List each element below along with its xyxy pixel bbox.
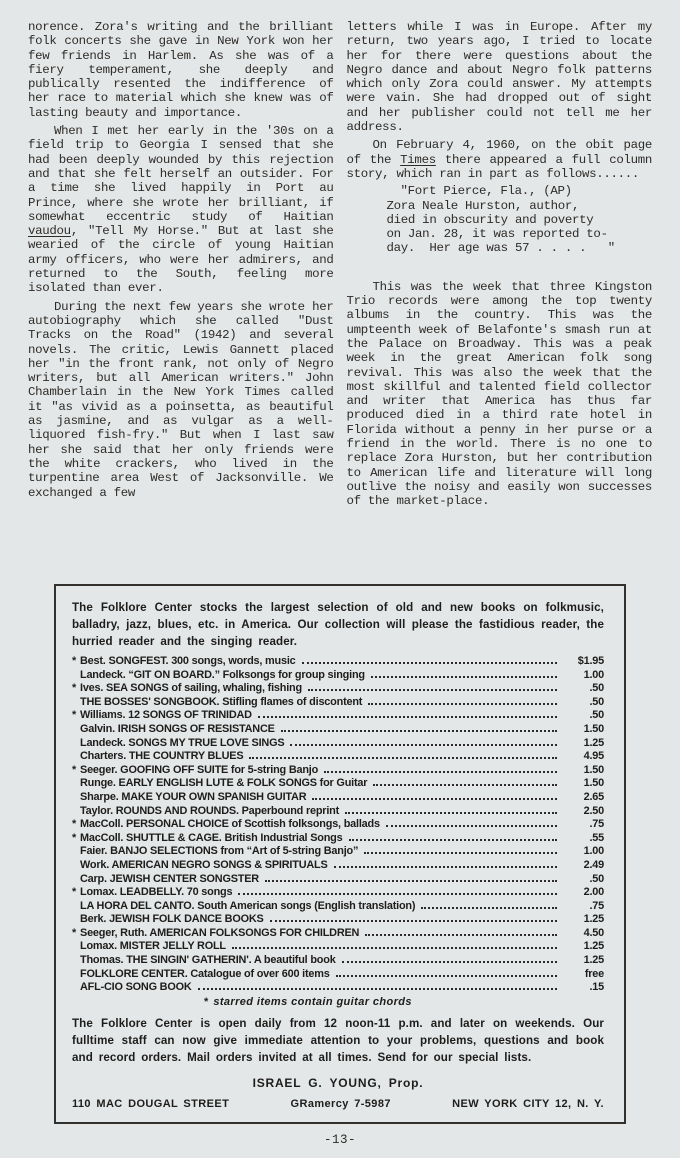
item-title: MacColl. PERSONAL CHOICE of Scottish fol…: [80, 818, 380, 832]
dot-leader: [349, 839, 558, 841]
item-price: 1.50: [562, 764, 604, 778]
note-star: *: [204, 996, 208, 1008]
dot-leader: [312, 798, 557, 800]
dot-leader: [345, 812, 557, 814]
item-title: Landeck. SONGS MY TRUE LOVE SINGS: [80, 737, 284, 751]
item-title: Ives. SEA SONGS of sailing, whaling, fis…: [80, 682, 302, 696]
address-row: 110 MAC DOUGAL STREET GRamercy 7-5987 NE…: [72, 1098, 604, 1110]
ad-intro-paragraph: The Folklore Center stocks the largest s…: [72, 599, 604, 650]
item-price: .55: [562, 832, 604, 846]
article-paragraph: On February 4, 1960, on the obit page of…: [347, 138, 653, 181]
catalog-item-row: AFL-CIO SONG BOOK .15: [72, 981, 604, 995]
item-title: LA HORA DEL CANTO. South American songs …: [80, 900, 415, 914]
item-title: Best. SONGFEST. 300 songs, words, music: [80, 655, 296, 669]
item-price: .75: [562, 818, 604, 832]
dot-leader: [270, 920, 557, 922]
item-title: Sharpe. MAKE YOUR OWN SPANISH GUITAR: [80, 791, 306, 805]
catalog-item-row: Charters. THE COUNTRY BLUES 4.95: [72, 750, 604, 764]
item-price: free: [562, 968, 604, 982]
catalog-item-row: * Lomax. LEADBELLY. 70 songs 2.00: [72, 886, 604, 900]
item-title: Taylor. ROUNDS AND ROUNDS. Paperbound re…: [80, 805, 339, 819]
catalog-item-row: Taylor. ROUNDS AND ROUNDS. Paperbound re…: [72, 805, 604, 819]
dot-leader: [334, 866, 557, 868]
dot-leader: [336, 975, 557, 977]
item-title: Work. AMERICAN NEGRO SONGS & SPIRITUALS: [80, 859, 328, 873]
item-price: 1.25: [562, 940, 604, 954]
folklore-center-ad: The Folklore Center stocks the largest s…: [54, 584, 626, 1124]
dot-leader: [364, 852, 557, 854]
catalog-item-row: LA HORA DEL CANTO. South American songs …: [72, 900, 604, 914]
item-price: .50: [562, 696, 604, 710]
item-title: Lomax. MISTER JELLY ROLL: [80, 940, 226, 954]
dot-leader: [308, 689, 557, 691]
dot-leader: [281, 730, 557, 732]
item-price: 4.50: [562, 927, 604, 941]
catalog-item-row: FOLKLORE CENTER. Catalogue of over 600 i…: [72, 968, 604, 982]
item-price: 1.25: [562, 913, 604, 927]
article-paragraph: norence. Zora's writing and the brillian…: [28, 20, 334, 120]
catalog-item-row: * Ives. SEA SONGS of sailing, whaling, f…: [72, 682, 604, 696]
catalog-item-row: * MacColl. SHUTTLE & CAGE. British Indus…: [72, 832, 604, 846]
dot-leader: [238, 893, 557, 895]
catalog-item-row: Carp. JEWISH CENTER SONGSTER .50: [72, 873, 604, 887]
page-number: -13-: [0, 1133, 680, 1147]
magazine-page: norence. Zora's writing and the brillian…: [0, 0, 680, 1147]
item-title: Landeck. “GIT ON BOARD.” Folksongs for g…: [80, 669, 365, 683]
item-price: .15: [562, 981, 604, 995]
article-body: norence. Zora's writing and the brillian…: [0, 0, 680, 580]
item-title: Carp. JEWISH CENTER SONGSTER: [80, 873, 259, 887]
dot-leader: [368, 703, 557, 705]
item-title: FOLKLORE CENTER. Catalogue of over 600 i…: [80, 968, 330, 982]
catalog-item-row: * Best. SONGFEST. 300 songs, words, musi…: [72, 655, 604, 669]
item-title: Lomax. LEADBELLY. 70 songs: [80, 886, 232, 900]
item-price: 1.00: [562, 669, 604, 683]
item-title: THE BOSSES' SONGBOOK. Stifling flames of…: [80, 696, 362, 710]
item-title: Charters. THE COUNTRY BLUES: [80, 750, 243, 764]
catalog-item-row: * MacColl. PERSONAL CHOICE of Scottish f…: [72, 818, 604, 832]
item-star: *: [72, 764, 80, 778]
article-paragraph: This was the week that three Kingston Tr…: [347, 280, 653, 509]
catalog-item-row: Berk. JEWISH FOLK DANCE BOOKS 1.25: [72, 913, 604, 927]
dot-leader: [421, 907, 557, 909]
dot-leader: [290, 744, 557, 746]
item-price: 2.49: [562, 859, 604, 873]
dot-leader: [324, 771, 557, 773]
catalog-item-row: Galvin. IRISH SONGS OF RESISTANCE 1.50: [72, 723, 604, 737]
article-paragraph: When I met her early in the '30s on a fi…: [28, 124, 334, 296]
starred-items-note: *starred items contain guitar chords: [72, 996, 544, 1008]
hours-paragraph: The Folklore Center is open daily from 1…: [72, 1015, 604, 1066]
dot-leader: [302, 662, 557, 664]
catalog-item-row: Thomas. THE SINGIN' GATHERIN'. A beautif…: [72, 954, 604, 968]
catalog-item-row: * Williams. 12 SONGS OF TRINIDAD .50: [72, 709, 604, 723]
article-right-column: letters while I was in Europe. After my …: [347, 20, 653, 580]
item-price: 2.65: [562, 791, 604, 805]
item-price: 1.50: [562, 723, 604, 737]
dot-leader: [342, 961, 557, 963]
item-price: .50: [562, 873, 604, 887]
dot-leader: [373, 784, 557, 786]
catalog-item-row: Faier. BANJO SELECTIONS from “Art of 5-s…: [72, 845, 604, 859]
proprietor-line: ISRAEL G. YOUNG, Prop.: [72, 1076, 604, 1090]
item-star: *: [72, 927, 80, 941]
catalog-item-row: * Seeger, Ruth. AMERICAN FOLKSONGS FOR C…: [72, 927, 604, 941]
catalog-item-row: * Seeger. GOOFING OFF SUITE for 5-string…: [72, 764, 604, 778]
address-street: 110 MAC DOUGAL STREET: [72, 1098, 229, 1110]
catalog-item-row: Sharpe. MAKE YOUR OWN SPANISH GUITAR 2.6…: [72, 791, 604, 805]
dot-leader: [371, 676, 557, 678]
address-city: NEW YORK CITY 12, N. Y.: [452, 1098, 604, 1110]
address-phone: GRamercy 7-5987: [291, 1098, 391, 1110]
item-price: 2.00: [562, 886, 604, 900]
item-title: Williams. 12 SONGS OF TRINIDAD: [80, 709, 252, 723]
item-star: *: [72, 886, 80, 900]
catalog-item-row: Landeck. SONGS MY TRUE LOVE SINGS 1.25: [72, 737, 604, 751]
item-price: 4.95: [562, 750, 604, 764]
item-title: Seeger. GOOFING OFF SUITE for 5-string B…: [80, 764, 318, 778]
item-price: 1.00: [562, 845, 604, 859]
obituary-quote: "Fort Pierce, Fla., (AP)Zora Neale Hurst…: [387, 184, 643, 255]
catalog-item-row: Runge. EARLY ENGLISH LUTE & FOLK SONGS f…: [72, 777, 604, 791]
article-paragraph: letters while I was in Europe. After my …: [347, 20, 653, 134]
item-title: AFL-CIO SONG BOOK: [80, 981, 192, 995]
item-price: .75: [562, 900, 604, 914]
item-price: $1.95: [562, 655, 604, 669]
dot-leader: [386, 825, 557, 827]
catalog-item-row: Work. AMERICAN NEGRO SONGS & SPIRITUALS …: [72, 859, 604, 873]
item-title: Seeger, Ruth. AMERICAN FOLKSONGS FOR CHI…: [80, 927, 359, 941]
item-title: Runge. EARLY ENGLISH LUTE & FOLK SONGS f…: [80, 777, 367, 791]
item-price: 1.25: [562, 737, 604, 751]
article-left-column: norence. Zora's writing and the brillian…: [28, 20, 334, 580]
item-star: *: [72, 655, 80, 669]
catalog-item-row: Landeck. “GIT ON BOARD.” Folksongs for g…: [72, 669, 604, 683]
item-price: .50: [562, 709, 604, 723]
dot-leader: [258, 716, 557, 718]
item-title: Berk. JEWISH FOLK DANCE BOOKS: [80, 913, 264, 927]
article-paragraph: During the next few years she wrote her …: [28, 300, 334, 500]
item-title: Faier. BANJO SELECTIONS from “Art of 5-s…: [80, 845, 358, 859]
item-title: MacColl. SHUTTLE & CAGE. British Industr…: [80, 832, 343, 846]
item-price: 1.50: [562, 777, 604, 791]
item-price: 2.50: [562, 805, 604, 819]
item-title: Galvin. IRISH SONGS OF RESISTANCE: [80, 723, 275, 737]
item-title: Thomas. THE SINGIN' GATHERIN'. A beautif…: [80, 954, 336, 968]
dot-leader: [232, 947, 557, 949]
catalog-item-row: THE BOSSES' SONGBOOK. Stifling flames of…: [72, 696, 604, 710]
catalog-list: * Best. SONGFEST. 300 songs, words, musi…: [72, 655, 604, 995]
item-star: *: [72, 818, 80, 832]
catalog-item-row: Lomax. MISTER JELLY ROLL 1.25: [72, 940, 604, 954]
dot-leader: [198, 988, 557, 990]
dot-leader: [365, 934, 557, 936]
dot-leader: [249, 757, 557, 759]
item-price: 1.25: [562, 954, 604, 968]
item-star: *: [72, 709, 80, 723]
dot-leader: [265, 880, 557, 882]
item-star: *: [72, 682, 80, 696]
note-text: starred items contain guitar chords: [213, 996, 412, 1008]
item-price: .50: [562, 682, 604, 696]
item-star: *: [72, 832, 80, 846]
